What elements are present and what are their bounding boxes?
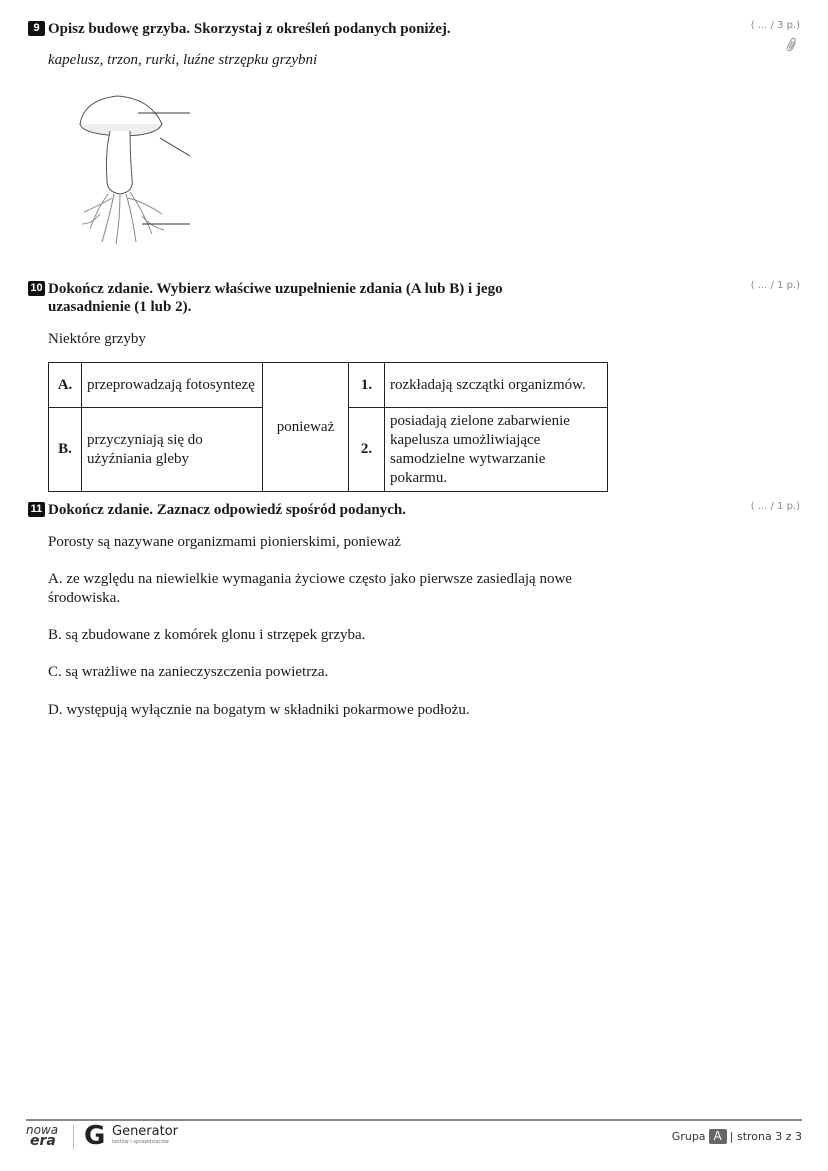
question-stem: Niektóre grzyby: [48, 330, 146, 349]
footer-divider: [26, 1119, 802, 1121]
option-a-text[interactable]: przeprowadzają fotosyntezę: [82, 363, 263, 408]
group-label: Grupa: [672, 1130, 706, 1143]
footer: nowa era G Generator testów i sprawdzian…: [26, 1125, 802, 1151]
option-2-text[interactable]: posiadają zielone zabarwienie kapelusza …: [385, 408, 608, 492]
points-label: ( ... / 1 p.): [751, 280, 800, 291]
nowa-era-logo: nowa era: [26, 1125, 58, 1147]
points-label: ( ... / 3 p.): [751, 20, 800, 31]
question-10: 10 Dokończ zdanie. Wybierz właściwe uzup…: [28, 280, 808, 316]
question-number: 11: [28, 502, 45, 517]
question-title: Opisz budowę grzyba. Skorzystaj z określ…: [48, 20, 451, 38]
question-stem: Porosty są nazywane organizmami pioniers…: [48, 533, 401, 552]
question-11-header: 11 Dokończ zdanie. Zaznacz odpowiedź spo…: [28, 501, 808, 519]
question-11: 11 Dokończ zdanie. Zaznacz odpowiedź spo…: [28, 501, 808, 519]
connector: ponieważ: [263, 363, 349, 492]
question-9-header: 9 Opisz budowę grzyba. Skorzystaj z okre…: [28, 20, 808, 38]
mushroom-illustration: [72, 94, 202, 246]
answer-d[interactable]: D. występują wyłącznie na bogatym w skła…: [48, 701, 470, 720]
question-number: 9: [28, 21, 45, 36]
answer-b[interactable]: B. są zbudowane z komórek glonu i strzęp…: [48, 626, 365, 645]
generator-g-icon: G: [84, 1123, 105, 1149]
question-title: Dokończ zdanie. Zaznacz odpowiedź spośró…: [48, 501, 406, 519]
question-10-header: 10 Dokończ zdanie. Wybierz właściwe uzup…: [28, 280, 808, 316]
logo-era-text: era: [30, 1136, 58, 1147]
generator-title: Generator: [112, 1125, 178, 1139]
option-b-text[interactable]: przyczyniają się do użyźniania gleby: [82, 408, 263, 492]
option-1-text[interactable]: rozkładają szczątki organizmów.: [385, 363, 608, 408]
answer-table: A. przeprowadzają fotosyntezę ponieważ 1…: [48, 362, 608, 492]
answer-c[interactable]: C. są wrażliwe na zanieczyszczenia powie…: [48, 663, 328, 682]
page-info: Grupa A | strona 3 z 3: [672, 1129, 802, 1144]
question-title: Dokończ zdanie. Wybierz właściwe uzupełn…: [48, 280, 548, 316]
group-badge: A: [709, 1129, 727, 1144]
answer-a[interactable]: A. ze względu na niewielkie wymagania ży…: [48, 570, 618, 608]
paperclip-icon[interactable]: [786, 37, 798, 58]
option-1-label[interactable]: 1.: [349, 363, 385, 408]
generator-subtitle: testów i sprawdzianów: [112, 1139, 169, 1145]
question-9: 9 Opisz budowę grzyba. Skorzystaj z okre…: [28, 20, 808, 38]
page-number: | strona 3 z 3: [730, 1130, 802, 1143]
option-b-label[interactable]: B.: [49, 408, 82, 492]
points-label: ( ... / 1 p.): [751, 501, 800, 512]
logo-separator: [73, 1125, 74, 1149]
option-2-label[interactable]: 2.: [349, 408, 385, 492]
terms-list: kapelusz, trzon, rurki, luźne strzępku g…: [48, 52, 317, 69]
question-number: 10: [28, 281, 45, 296]
option-a-label[interactable]: A.: [49, 363, 82, 408]
